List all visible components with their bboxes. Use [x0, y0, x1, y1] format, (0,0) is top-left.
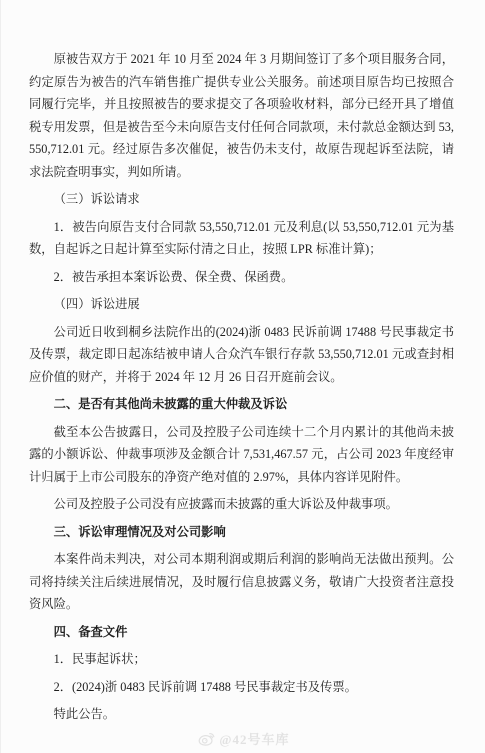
- document-body: 原被告双方于 2021 年 10 月至 2024 年 3 月期间签订了多个项目服…: [29, 48, 454, 726]
- subsection-heading-claims: （三）诉讼请求: [29, 188, 454, 211]
- watermark-handle: @42号车库: [219, 729, 289, 748]
- case-background-paragraph: 原被告双方于 2021 年 10 月至 2024 年 3 月期间签订了多个项目服…: [29, 48, 454, 183]
- announcement-document: 原被告双方于 2021 年 10 月至 2024 年 3 月期间签订了多个项目服…: [0, 0, 485, 753]
- closing-announcement-paragraph: 特此公告。: [29, 703, 454, 726]
- weibo-icon: [197, 731, 215, 746]
- litigation-progress-paragraph: 公司近日收到桐乡法院作出的(2024)浙 0483 民诉前调 17488 号民事…: [29, 321, 454, 389]
- claim-item-1: 1．被告向原告支付合同款 53,550,712.01 元及利息(以 53,550…: [29, 216, 454, 261]
- watermark: @42号车库: [197, 729, 289, 748]
- section-heading-other-litigation: 二、是否有其他尚未披露的重大仲裁及诉讼: [29, 393, 454, 416]
- section-heading-reference-documents: 四、备查文件: [29, 621, 454, 644]
- reference-document-item-1: 1．民事起诉状；: [29, 648, 454, 671]
- no-undisclosed-matters-paragraph: 公司及控股子公司没有应披露而未披露的重大诉讼及仲裁事项。: [29, 493, 454, 516]
- subsection-heading-progress: （四）诉讼进展: [29, 293, 454, 316]
- other-litigation-amount-paragraph: 截至本公告披露日，公司及控股子公司连续十二个月内累计的其他尚未披露的小额诉讼、仲…: [29, 421, 454, 489]
- section-heading-company-impact: 三、诉讼审理情况及对公司影响: [29, 521, 454, 544]
- reference-document-item-2: 2．(2024)浙 0483 民诉前调 17488 号民事裁定书及传票。: [29, 676, 454, 699]
- company-impact-paragraph: 本案件尚未判决，对公司本期利润或期后利润的影响尚无法做出预判。公司将持续关注后续…: [29, 548, 454, 616]
- claim-item-2: 2．被告承担本案诉讼费、保全费、保函费。: [29, 266, 454, 289]
